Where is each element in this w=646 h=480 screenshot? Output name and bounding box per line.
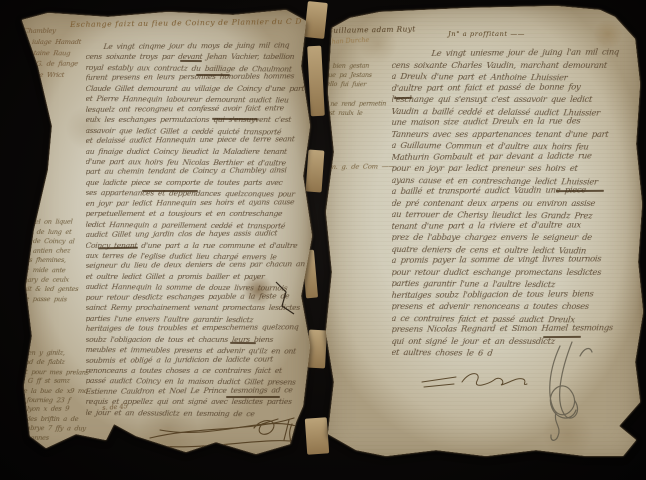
handwriting-line: sainct Remy prochainement venant promect…: [86, 303, 300, 312]
handwriting-line: la G ff st samz: [18, 377, 70, 385]
handwriting-line: seigneur du lieu de deux deniers de cens…: [86, 260, 305, 271]
handwriting-line: H en y ginilz,: [18, 349, 65, 357]
signature-simon: [462, 374, 527, 386]
handwriting-line: de passe puis: [21, 295, 67, 303]
handwriting-line: cens soixante Charles Vaudin, marchant d…: [392, 60, 607, 70]
handwriting-line: + Sel on liquel: [21, 218, 73, 226]
right-header-owner-sub: Jehan Durche: [325, 36, 370, 46]
handwriting-line: M. G. de fiange: [23, 60, 78, 68]
handwriting-line: qui ont signé le jour et an dessusdictz: [392, 336, 555, 346]
handwriting-line: cost raulx le: [322, 109, 363, 117]
handwriting-line: furent presens en leurs personnes honora…: [86, 72, 295, 83]
left-body-text: Le vingt cinqme jour du moys de juing mi…: [86, 42, 312, 424]
handwriting-line: heritaiges de tous troubles et empeschem…: [86, 322, 299, 333]
handwriting-line: r lyonnes: [18, 433, 49, 441]
handwriting-line: pour retour dudict eschange promectans l…: [392, 267, 602, 277]
ink-stroke: [230, 342, 256, 344]
handwriting-line: au finaige dudict Coincy lieudict la Mal…: [86, 147, 287, 156]
right-page: Guillaume adam Ruyt Jehan Durche Jn° a p…: [318, 4, 644, 466]
ink-stroke: [226, 396, 280, 398]
handwriting-line: Estienne Cauldron et Noel Le Prince tesm…: [86, 385, 293, 396]
handwriting-line: fombrye 7 ffy a duy: [18, 424, 86, 433]
handwriting-line: une maison size audict Dreulx en la rue …: [392, 116, 581, 127]
handwriting-line: Le vingt uniesme jour de juing l'an mil …: [431, 48, 619, 58]
left-header-line: Eschange faizt au fieu de Coincy de Plan…: [70, 17, 302, 29]
handwriting-line: des fhemines,: [21, 256, 66, 264]
handwriting-line: et oultre ledict Gillet a promis bailler…: [86, 272, 265, 281]
ink-stroke: [394, 97, 412, 99]
handwriting-line: tenant d'une part a la riviere et d'ault…: [392, 219, 581, 230]
left-page: Eschange faizt au fieu de Coincy de Plan…: [18, 8, 314, 460]
handwriting-line: Mathurin Gombault et par devant a ladict…: [392, 150, 592, 162]
handwriting-line: E lyon x des 9: [18, 405, 69, 413]
handwriting-line: lesquelz ont recongneu et confessé avoir…: [86, 103, 284, 114]
handwriting-line: l'eschange qui s'ensuyt c'est assavoir q…: [392, 94, 593, 104]
handwriting-line: pour retour desdictz eschanges payable a…: [86, 291, 290, 302]
handwriting-line: Tanneurs avec ses appartenances tenant d…: [392, 129, 609, 139]
handwriting-line: en joyr par ledict Hannequin ses hoirs e…: [86, 197, 295, 208]
handwriting-line: de pré contenant deux arpens ou environ …: [392, 198, 596, 208]
handwriting-line: prez de l'abbaye chargez envers le seign…: [392, 232, 592, 242]
ink-stroke: [212, 118, 258, 120]
handwriting-line: a promis payer la somme de vingt livres …: [392, 253, 602, 265]
handwriting-line: est pour mes prelans: [18, 368, 89, 377]
handwriting-line: pour en joyr par ledict preneur ses hoir…: [392, 163, 578, 173]
handwriting-line: parties garantir l'une a l'aultre lesdic…: [392, 278, 556, 289]
ink-stroke: [180, 60, 202, 62]
right-header-owner: Guillaume adam Ruyt: [327, 24, 416, 35]
handwriting-line: m. g. de Com ——: [329, 162, 395, 171]
ink-stroke: [556, 190, 604, 192]
right-header-center-note: Jn° a proffitant ——: [448, 30, 525, 38]
handwriting-line: mary de ceulx: [21, 275, 69, 283]
handwriting-line: et delaissé audict Hannequin une piece d…: [86, 134, 295, 145]
handwriting-line: Claude Gillet demourant au villaige de C…: [86, 84, 305, 93]
handwriting-line: A bien gestan: [324, 62, 369, 70]
handwriting-line: ne antien chez: [21, 246, 70, 254]
handwriting-line: Le vingt cinqme jour du moys de juing mi…: [103, 42, 290, 51]
handwriting-line: perpetuellement et a tousjours et en con…: [86, 209, 283, 218]
ink-stroke: [196, 74, 230, 76]
handwriting-line: il b de lung et: [21, 228, 72, 236]
handwriting-line: eulx les eschanges permutacions qui s'en…: [86, 115, 292, 124]
handwriting-line: heritaiges soubz l'obligacion de tous le…: [392, 288, 594, 300]
handwriting-line: fello fui fuier: [324, 80, 366, 88]
handwriting-line: fst de Coincy al: [21, 237, 75, 245]
handwriting-line: part au chemin tendant de Coincy a Chamb…: [86, 166, 287, 177]
handwriting-line: rond de fiablz: [18, 358, 65, 366]
manuscript-scan: Eschange faizt au fieu de Coincy de Plan…: [0, 0, 646, 480]
handwriting-line: soubmis et obligé a la juridicion de lad…: [86, 354, 273, 364]
handwriting-line: De la bue de x9 mo: [18, 387, 88, 395]
handwriting-line: en de Wrict: [23, 71, 64, 79]
handwriting-line: Il ne rend permetin: [322, 100, 386, 108]
handwriting-line: fait & led gentes: [21, 285, 79, 293]
handwriting-line: renonceans a toutes choses a ce contrair…: [86, 366, 282, 375]
handwriting-line: audict Gillet ung jardin clos de hayes a…: [86, 229, 278, 240]
handwriting-line: que pa Jestans: [324, 71, 372, 79]
handwriting-line: a Dreulx d'une part et Anthoine Lhuissie…: [392, 71, 568, 82]
handwriting-line: fontaine Raug: [23, 49, 71, 57]
left-page-paper: Eschange faizt au fieu de Coincy de Plan…: [18, 8, 314, 460]
handwriting-line: et aultres choses le 6 d: [392, 347, 493, 358]
handwriting-line: presens et advenir renonceans a toutes c…: [392, 301, 589, 311]
handwriting-line: que ladicte piece se comporte de toutes …: [86, 178, 283, 187]
right-page-paper: Guillaume adam Ruyt Jehan Durche Jn° a p…: [318, 4, 644, 466]
handwriting-line: d'aultre part ont faict et passé de bonn…: [392, 81, 581, 92]
handwriting-line: g des briftin a de: [18, 415, 79, 423]
right-body-text: Le vingt uniesme jour de juing l'an mil …: [392, 48, 632, 360]
ink-stroke: [142, 190, 198, 192]
handwriting-line: de mide ante: [21, 266, 66, 274]
handwriting-line: Chambley: [23, 27, 56, 35]
handwriting-line: E fournieg 23 f: [18, 396, 71, 404]
handwriting-line: presens Nicolas Regnard et Simon Hamel t…: [392, 322, 613, 334]
handwriting-line: A iulage Hamadt: [23, 38, 81, 46]
ink-stroke: [543, 336, 581, 338]
